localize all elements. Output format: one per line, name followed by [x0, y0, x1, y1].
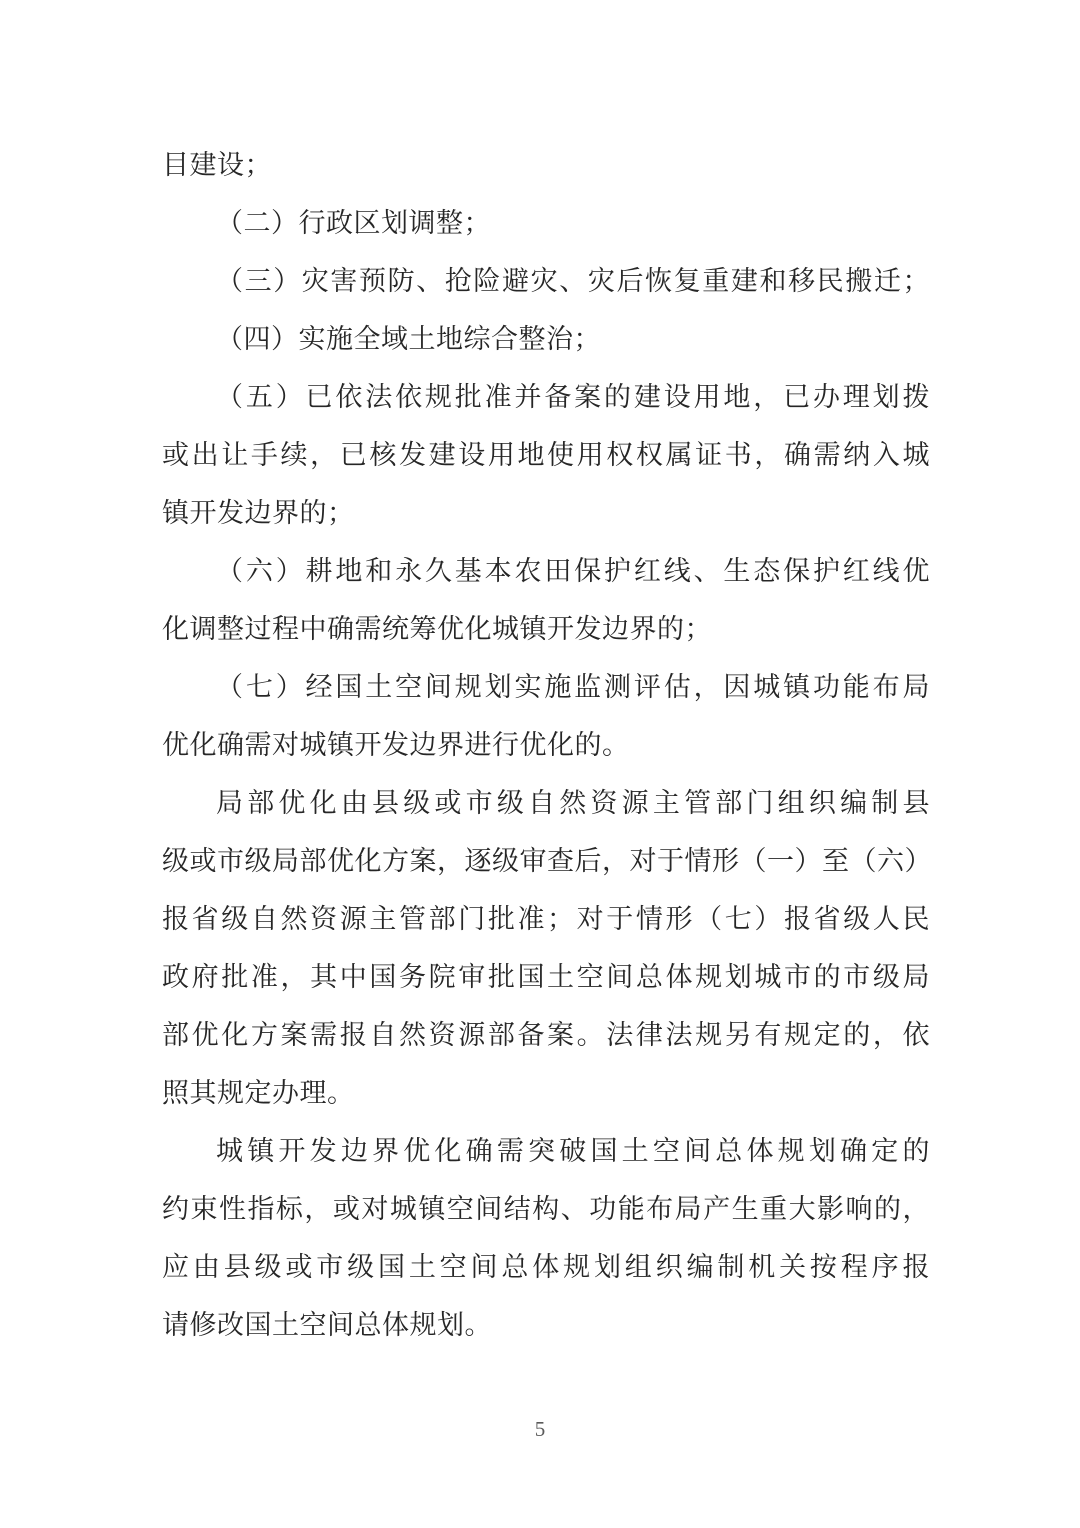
- text-line: 报省级自然资源主管部门批准；对于情形（七）报省级人民: [162, 890, 930, 948]
- text-line: （四）实施全域土地综合整治；: [162, 310, 930, 368]
- text-line: 城镇开发边界优化确需突破国土空间总体规划确定的: [162, 1122, 930, 1180]
- text-line: （五）已依法依规批准并备案的建设用地，已办理划拨: [162, 368, 930, 426]
- document-page: 目建设；（二）行政区划调整；（三）灾害预防、抢险避灾、灾后恢复重建和移民搬迁；（…: [0, 0, 1080, 1528]
- text-line: 或出让手续，已核发建设用地使用权权属证书，确需纳入城: [162, 426, 930, 484]
- body-text: 目建设；（二）行政区划调整；（三）灾害预防、抢险避灾、灾后恢复重建和移民搬迁；（…: [162, 136, 930, 1354]
- text-line: 照其规定办理。: [162, 1064, 930, 1122]
- page-number: 5: [0, 1414, 1080, 1444]
- text-line: 优化确需对城镇开发边界进行优化的。: [162, 716, 930, 774]
- text-line: 局部优化由县级或市级自然资源主管部门组织编制县: [162, 774, 930, 832]
- text-line: 化调整过程中确需统筹优化城镇开发边界的；: [162, 600, 930, 658]
- text-line: 政府批准，其中国务院审批国土空间总体规划城市的市级局: [162, 948, 930, 1006]
- text-line: （三）灾害预防、抢险避灾、灾后恢复重建和移民搬迁；: [162, 252, 930, 310]
- text-line: 目建设；: [162, 136, 930, 194]
- text-line: （六）耕地和永久基本农田保护红线、生态保护红线优: [162, 542, 930, 600]
- text-line: 部优化方案需报自然资源部备案。法律法规另有规定的，依: [162, 1006, 930, 1064]
- text-line: 请修改国土空间总体规划。: [162, 1296, 930, 1354]
- text-line: 应由县级或市级国土空间总体规划组织编制机关按程序报: [162, 1238, 930, 1296]
- text-line: 约束性指标，或对城镇空间结构、功能布局产生重大影响的，: [162, 1180, 930, 1238]
- text-line: 镇开发边界的；: [162, 484, 930, 542]
- text-line: （二）行政区划调整；: [162, 194, 930, 252]
- text-line: 级或市级局部优化方案，逐级审查后，对于情形（一）至（六）: [162, 832, 930, 890]
- text-line: （七）经国土空间规划实施监测评估，因城镇功能布局: [162, 658, 930, 716]
